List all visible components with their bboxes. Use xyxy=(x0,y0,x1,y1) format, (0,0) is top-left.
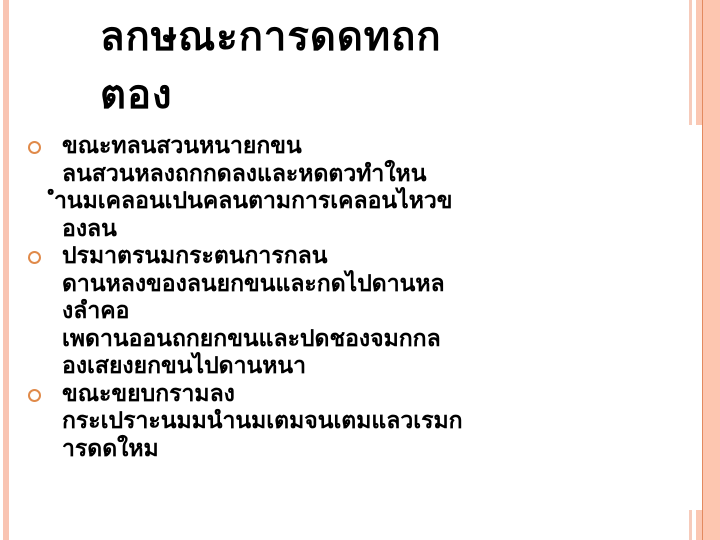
bullet-1-line-4: องลน xyxy=(62,216,668,244)
left-decorative-bar xyxy=(3,0,9,540)
bullet-1-line-3: ำนมเคลอนเปนคลนตามการเคลอนไหวข xyxy=(54,188,668,216)
bullet-2-line-5: องเสยงยกขนไปดานหนา xyxy=(62,353,668,381)
bullet-2-line-1: ปรมาตรนมกระตนการกลน xyxy=(62,243,668,271)
hollow-circle-bullet-icon xyxy=(28,141,41,154)
bullet-2-line-2: ดานหลงของลนยกขนและกดไปดานหล xyxy=(62,271,668,299)
bullet-3-line-1: ขณะขยบกรามลง xyxy=(62,381,668,409)
bullet-3-line-3: ารดดใหม xyxy=(62,436,668,464)
bullet-1-line-2: ลนสวนหลงถกกดลงและหดตวทำใหน xyxy=(62,161,668,189)
bullet-1-line-1: ขณะทลนสวนหนายกขน xyxy=(62,133,668,161)
slide-title: ลกษณะการดดทถก ตอง xyxy=(100,8,660,124)
right-decorative-strip-bottom-thin xyxy=(689,510,692,540)
bullet-item-3: ขณะขยบกรามลง กระเปราะนมมนำนมเตมจนเตมแลวเ… xyxy=(28,381,668,464)
title-line-2: ตอง xyxy=(100,66,660,124)
slide-body: ขณะทลนสวนหนายกขน ลนสวนหลงถกกดลงและหดตวทำ… xyxy=(28,133,668,463)
right-decorative-strip-top-thin xyxy=(689,0,692,125)
bullet-3-line-2: กระเปราะนมมนำนมเตมจนเตมแลวเรมก xyxy=(62,408,668,436)
hollow-circle-bullet-icon xyxy=(28,251,41,264)
bullet-2-line-3: งลำคอ xyxy=(62,298,668,326)
hollow-circle-bullet-icon xyxy=(28,389,41,402)
bullet-item-1: ขณะทลนสวนหนายกขน ลนสวนหลงถกกดลงและหดตวทำ… xyxy=(28,133,668,243)
bullet-item-2: ปรมาตรนมกระตนการกลน ดานหลงของลนยกขนและกด… xyxy=(28,243,668,381)
title-line-1: ลกษณะการดดทถก xyxy=(100,8,660,66)
bullet-2-line-4: เพดานออนถกยกขนและปดชองจมกกล xyxy=(62,326,668,354)
right-decorative-bar xyxy=(703,0,720,540)
